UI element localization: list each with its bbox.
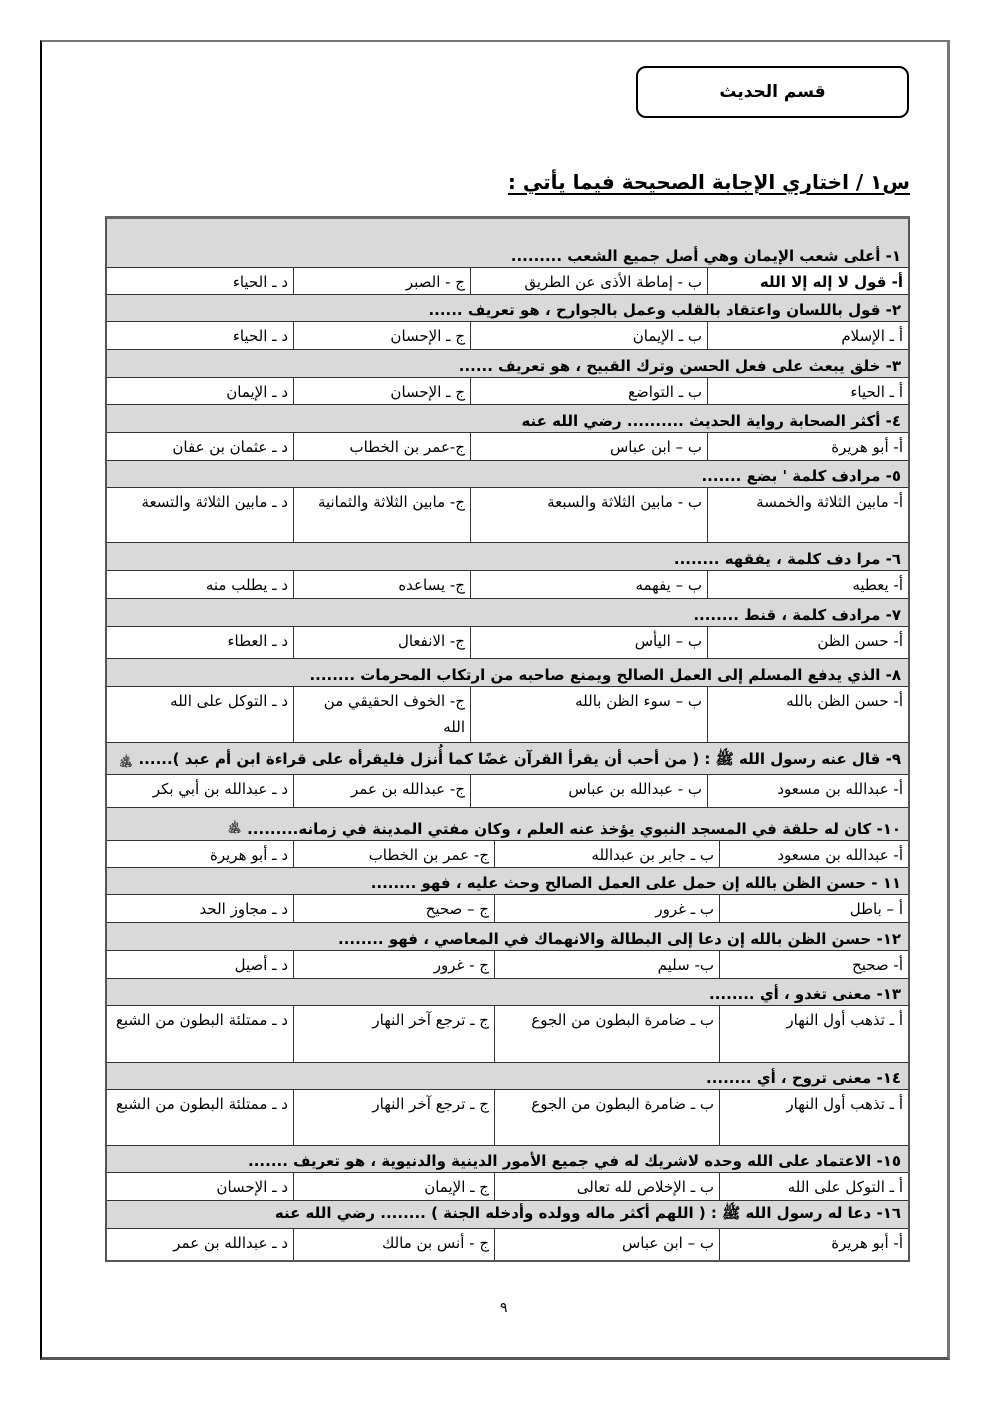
answer-option[interactable]: أ – باطل (719, 895, 908, 922)
answer-option[interactable]: ب – ابن عباس (470, 433, 707, 460)
answer-option[interactable]: ج - الصبر (293, 268, 470, 294)
question-row: ١٤- معنى تروح ، أي ........ (107, 1063, 908, 1090)
options-row: أ ـ تذهب أول النهارب ـ ضامرة البطون من ا… (107, 1006, 908, 1063)
question-row: ٦- مرا دف كلمة ، يفقهه ........ (107, 543, 908, 571)
question-text: ٦- مرا دف كلمة ، يفقهه ........ (674, 550, 901, 568)
question-row: ١٥- الاعتماد على الله وحده لاشريك له في … (107, 1146, 908, 1173)
question-row: ١٣- معنى تغدو ، أي ........ (107, 979, 908, 1006)
options-row: أ- قول لا إله إلا اللهب - إماطة الأذى عن… (107, 268, 908, 295)
options-row: أ ـ الإسلامب ـ الإيمانج ـ الإحساند ـ الح… (107, 322, 908, 350)
question-text: ٤- أكثر الصحابة رواية الحديث .......... … (521, 412, 901, 430)
answer-option[interactable]: ج ـ الإيمان (293, 1173, 494, 1200)
answer-option[interactable]: أ ـ الحياء (707, 378, 908, 404)
question-text: ١٦- دعا له رسول الله ﷺ : ( اللهم أكثر ما… (275, 1204, 901, 1226)
answer-option[interactable]: د ـ الحياء (107, 322, 293, 349)
answer-option[interactable]: أ- قول لا إله إلا الله (707, 268, 908, 294)
questions-table: ١- أعلى شعب الإيمان وهي أصل جميع الشعب .… (105, 216, 910, 1262)
honorific-icon: ﵁ (228, 821, 241, 838)
options-row: أ- مابين الثلاثة والخمسةب - مابين الثلاث… (107, 488, 908, 543)
answer-option[interactable]: د ـ الإيمان (107, 378, 293, 404)
answer-option[interactable]: ب – سوء الظن بالله (470, 687, 707, 742)
answer-option[interactable]: د ـ عثمان بن عفان (107, 433, 293, 460)
options-row: أ ـ الحياءب ـ التواضعج ـ الإحساند ـ الإي… (107, 378, 908, 405)
question-row: ١١ - حسن الظن بالله إن حمل على العمل الص… (107, 868, 908, 895)
answer-option[interactable]: ج ـ ترجع آخر النهار (293, 1006, 494, 1062)
answer-option[interactable]: أ- صحيح (719, 951, 908, 978)
answer-option[interactable]: د ـ ممتلئة البطون من الشبع (107, 1090, 293, 1145)
question-text: ٧- مرادف كلمة ، قنط ........ (693, 606, 901, 624)
answer-option[interactable]: ب – يفهمه (470, 571, 707, 598)
answer-option[interactable]: ب - عبدالله بن عباس (470, 775, 707, 807)
answer-option[interactable]: أ- أبو هريرة (707, 433, 908, 460)
options-row: أ- عبدالله بن مسعودب - عبدالله بن عباسج-… (107, 775, 908, 808)
answer-option[interactable]: د ـ الحياء (107, 268, 293, 294)
answer-option[interactable]: ب ـ غرور (494, 895, 719, 922)
question-text: ١٠- كان له حلقة في المسجد النبوي يؤخذ عن… (247, 820, 901, 838)
answer-option[interactable]: ب - مابين الثلاثة والسبعة (470, 488, 707, 542)
page-number: ٩ (500, 1300, 508, 1316)
answer-option[interactable]: أ- عبدالله بن مسعود (719, 841, 908, 867)
answer-option[interactable]: ج – صحيح (293, 895, 494, 922)
options-row: أ- يعطيهب – يفهمهج- يساعدهد ـ يطلب منه (107, 571, 908, 599)
answer-option[interactable]: د ـ مجاوز الحد (107, 895, 293, 922)
options-row: أ- صحيحب- سليمج - غرورد ـ أصيل (107, 951, 908, 979)
question-text: ١٣- معنى تغدو ، أي ........ (709, 985, 901, 1003)
question-row: ٧- مرادف كلمة ، قنط ........ (107, 599, 908, 627)
answer-option[interactable]: أ- مابين الثلاثة والخمسة (707, 488, 908, 542)
answer-option[interactable]: ب- سليم (494, 951, 719, 978)
question-text: ٣- خلق يبعث على فعل الحسن وترك القبيح ، … (459, 357, 901, 375)
answer-option[interactable]: ب ـ ضامرة البطون من الجوع (494, 1090, 719, 1145)
options-row: أ- أبو هريرةب – ابن عباسج - أنس بن مالكد… (107, 1229, 908, 1260)
answer-option[interactable]: أ- أبو هريرة (719, 1229, 908, 1260)
answer-option[interactable]: ب ـ جابر بن عبدالله (494, 841, 719, 867)
options-row: أ- حسن الظن باللهب – سوء الظن باللهج- ال… (107, 687, 908, 743)
answer-option[interactable]: د ـ أصيل (107, 951, 293, 978)
answer-option[interactable]: أ ـ تذهب أول النهار (719, 1090, 908, 1145)
answer-option[interactable]: أ- حسن الظن بالله (707, 687, 908, 742)
answer-option[interactable]: ج- مابين الثلاثة والثمانية (293, 488, 470, 542)
question-row: ١- أعلى شعب الإيمان وهي أصل جميع الشعب .… (107, 219, 908, 268)
question-text: ١٤- معنى تروح ، أي ........ (706, 1069, 901, 1087)
question-text: ١٢- حسن الظن بالله إن دعا إلى البطالة وا… (338, 930, 901, 948)
question-row: ٥- مرادف كلمة ' بضع ....... (107, 461, 908, 488)
answer-option[interactable]: أ- يعطيه (707, 571, 908, 598)
answer-option[interactable]: أ- حسن الظن (707, 627, 908, 658)
question-row: ١٦- دعا له رسول الله ﷺ : ( اللهم أكثر ما… (107, 1201, 908, 1229)
answer-option[interactable]: ب - إماطة الأذى عن الطريق (470, 268, 707, 294)
question-text: ٨- الذي يدفع المسلم إلى العمل الصالح ويم… (309, 666, 901, 684)
answer-option[interactable]: د ـ يطلب منه (107, 571, 293, 598)
options-row: أ- حسن الظنب – اليأسج- الانفعالد ـ العطا… (107, 627, 908, 659)
answer-option[interactable]: د ـ أبو هريرة (107, 841, 293, 867)
section-title-box: قسم الحديث (636, 66, 909, 118)
options-row: أ – باطلب ـ غرورج – صحيحد ـ مجاوز الحد (107, 895, 908, 923)
answer-option[interactable]: ج ـ الإحسان (293, 322, 470, 349)
question-text: ١- أعلى شعب الإيمان وهي أصل جميع الشعب .… (511, 247, 901, 265)
answer-option[interactable]: ب – ابن عباس (494, 1229, 719, 1260)
question-text: ٥- مرادف كلمة ' بضع ....... (701, 467, 901, 485)
options-row: أ- عبدالله بن مسعودب ـ جابر بن عبداللهج-… (107, 841, 908, 868)
answer-option[interactable]: ج- يساعده (293, 571, 470, 598)
answer-option[interactable]: ج-عمر بن الخطاب (293, 433, 470, 460)
answer-option[interactable]: أ ـ تذهب أول النهار (719, 1006, 908, 1062)
answer-option[interactable]: د ـ العطاء (107, 627, 293, 658)
answer-option[interactable]: ج - أنس بن مالك (293, 1229, 494, 1260)
question-text: ١١ - حسن الظن بالله إن حمل على العمل الص… (371, 874, 901, 892)
answer-option[interactable]: د ـ ممتلئة البطون من الشبع (107, 1006, 293, 1062)
answer-option[interactable]: أ- عبدالله بن مسعود (707, 775, 908, 807)
answer-option[interactable]: د ـ مابين الثلاثة والتسعة (107, 488, 293, 542)
options-row: أ ـ تذهب أول النهارب ـ ضامرة البطون من ا… (107, 1090, 908, 1146)
question-text: ٢- قول باللسان واعتقاد بالقلب وعمل بالجو… (428, 301, 901, 319)
answer-option[interactable]: ب ـ التواضع (470, 378, 707, 404)
answer-option[interactable]: ج - غرور (293, 951, 494, 978)
answer-option[interactable]: ج ـ الإحسان (293, 378, 470, 404)
options-row: أ- أبو هريرةب – ابن عباسج-عمر بن الخطابد… (107, 433, 908, 461)
answer-option[interactable]: د ـ عبدالله بن أبي بكر (107, 775, 293, 807)
question-text: ٩- قال عنه رسول الله ﷺ : ( من أحب أن يقر… (138, 750, 901, 772)
answer-option[interactable]: د ـ الإحسان (107, 1173, 293, 1200)
question-row: ٩- قال عنه رسول الله ﷺ : ( من أحب أن يقر… (107, 743, 908, 775)
answer-option[interactable]: ج- عبدالله بن عمر (293, 775, 470, 807)
answer-option[interactable]: ج- الانفعال (293, 627, 470, 658)
answer-option[interactable]: ج- الخوف الحقيقي من الله (293, 687, 470, 742)
question-row: ١٠- كان له حلقة في المسجد النبوي يؤخذ عن… (107, 808, 908, 841)
question-row: ٨- الذي يدفع المسلم إلى العمل الصالح ويم… (107, 659, 908, 687)
question-heading: س١ / اختاري الإجابة الصحيحة فيما يأتي : (508, 170, 910, 194)
answer-option[interactable]: د ـ التوكل على الله (107, 687, 293, 742)
answer-option[interactable]: د ـ عبدالله بن عمر (107, 1229, 293, 1260)
question-row: ٤- أكثر الصحابة رواية الحديث .......... … (107, 405, 908, 433)
answer-option[interactable]: ج- عمر بن الخطاب (293, 841, 494, 867)
answer-option[interactable]: أ ـ التوكل على الله (719, 1173, 908, 1200)
question-row: ١٢- حسن الظن بالله إن دعا إلى البطالة وا… (107, 923, 908, 951)
answer-option[interactable]: ب ـ الإخلاص لله تعالى (494, 1173, 719, 1200)
answer-option[interactable]: ج ـ ترجع آخر النهار (293, 1090, 494, 1145)
answer-option[interactable]: ب ـ الإيمان (470, 322, 707, 349)
honorific-icon: ﵁ (119, 755, 132, 772)
section-title: قسم الحديث (719, 82, 825, 102)
answer-option[interactable]: أ ـ الإسلام (707, 322, 908, 349)
question-row: ٣- خلق يبعث على فعل الحسن وترك القبيح ، … (107, 350, 908, 378)
question-text: ١٥- الاعتماد على الله وحده لاشريك له في … (248, 1152, 901, 1170)
answer-option[interactable]: ب – اليأس (470, 627, 707, 658)
options-row: أ ـ التوكل على اللهب ـ الإخلاص لله تعالى… (107, 1173, 908, 1201)
question-row: ٢- قول باللسان واعتقاد بالقلب وعمل بالجو… (107, 295, 908, 322)
answer-option[interactable]: ب ـ ضامرة البطون من الجوع (494, 1006, 719, 1062)
